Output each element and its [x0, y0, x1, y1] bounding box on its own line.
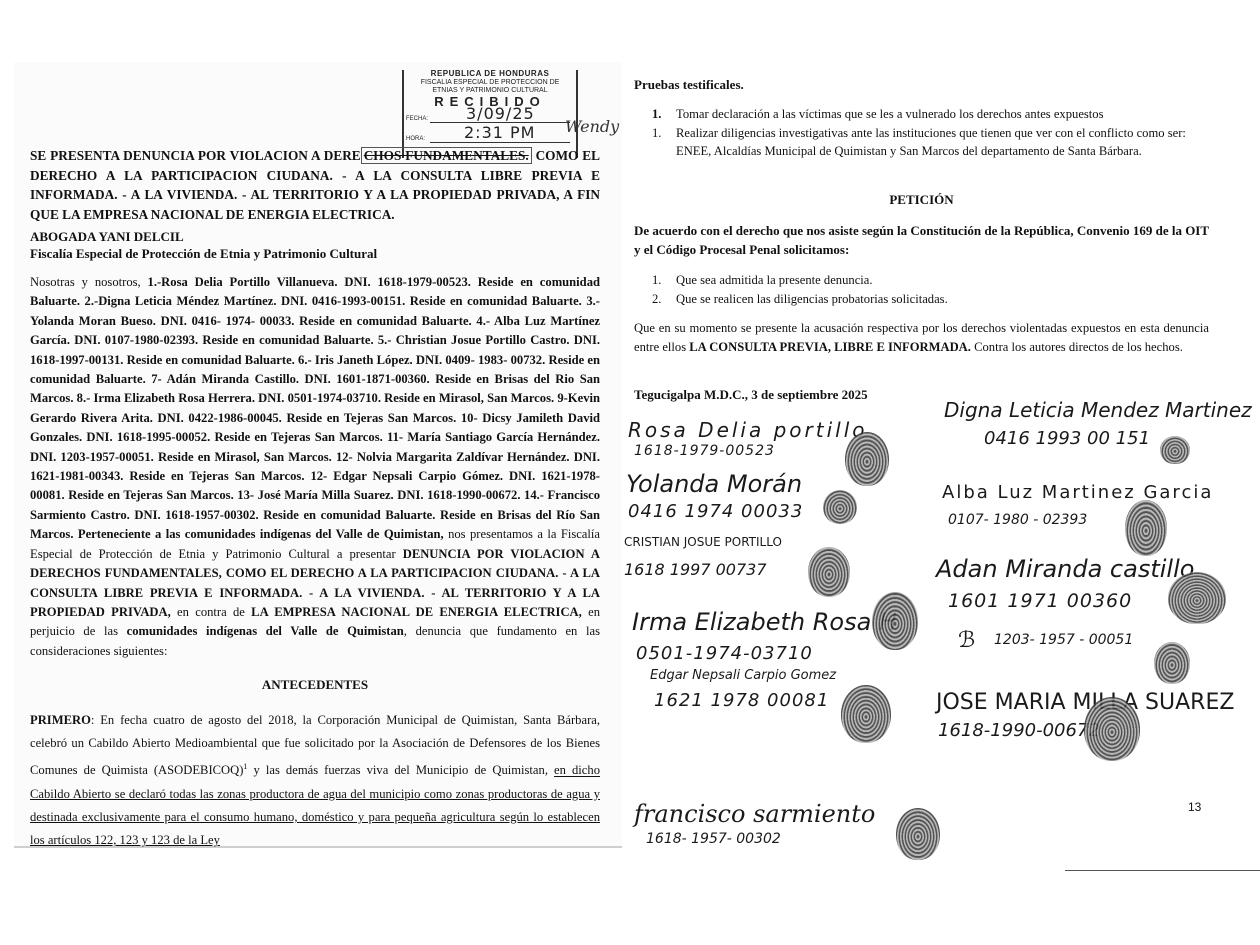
fingerprint-icon: [1160, 436, 1190, 464]
signature-id: 1203- 1957 - 00051: [994, 632, 1133, 648]
signature-name: Irma Elizabeth Rosa H: [632, 608, 897, 636]
item-text: Realizar diligencias investigativas ante…: [676, 126, 1186, 159]
pruebas-item: 1. Tomar declaración a las víctimas que …: [652, 105, 1207, 124]
respondent-inline: LA EMPRESA NACIONAL DE ENERGIA ELECTRICA…: [251, 605, 582, 619]
stamp-fecha-label: FECHA:: [406, 116, 428, 122]
addressee-name: ABOGADA YANI DELCIL: [30, 228, 377, 245]
signature-name: Edgar Nepsali Carpio Gomez: [650, 668, 836, 683]
signature-name: CRISTIAN JOSUE PORTILLO: [624, 535, 782, 549]
peticion-intro: De acuerdo con el derecho que nos asiste…: [634, 221, 1209, 259]
item-text: Que sea admitida la presente denuncia.: [676, 273, 873, 287]
stamp-line-2: FISCALIA ESPECIAL DE PROTECCION DE: [404, 79, 576, 86]
stamp-fecha-value: 3/09/25: [466, 104, 535, 123]
signature-id: 1618-1990-00672: [938, 720, 1100, 741]
signature-name: Rosa Delia portillo: [628, 418, 868, 442]
mid-text-2: en contra de: [171, 605, 251, 619]
fingerprint-icon: [896, 808, 940, 860]
closing-bold: LA CONSULTA PREVIA, LIBRE E INFORMADA.: [689, 340, 971, 354]
stamp-signature: Wendy: [565, 117, 619, 136]
signature-name: JOSE MARIA MILLA SUAREZ: [936, 690, 1234, 715]
pruebas-list: 1. Tomar declaración a las víctimas que …: [652, 105, 1207, 161]
item-number: 1.: [652, 271, 661, 290]
title-pre: SE PRESENTA DENUNCIA POR VIOLACION A DER…: [30, 148, 361, 163]
fingerprint-icon: [841, 685, 891, 743]
pruebas-item: 1. Realizar diligencias investigativas a…: [652, 124, 1207, 161]
signature-name: francisco sarmiento: [634, 800, 875, 828]
pruebas-heading: Pruebas testificales.: [634, 77, 744, 93]
item-text: Tomar declaración a las víctimas que se …: [676, 107, 1104, 121]
item-number: 1.: [652, 105, 661, 124]
fingerprint-icon: [1125, 500, 1167, 556]
reception-stamp: REPUBLICA DE HONDURAS FISCALIA ESPECIAL …: [402, 70, 578, 158]
closing-text-2: Contra los autores directos de los hecho…: [971, 340, 1183, 354]
stamp-hora-label: HORA:: [406, 136, 425, 142]
stamp-line-3: ETNIAS Y PATRIMONIO CULTURAL: [404, 87, 576, 94]
closing-paragraph: Que en su momento se presente la acusaci…: [634, 319, 1209, 357]
signature-name: Adan Miranda castillo: [936, 555, 1194, 583]
peticion-item: 2. Que se realicen las diligencias proba…: [652, 290, 1207, 309]
complainants-list: 1.-Rosa Delia Portillo Villanueva. DNI. …: [30, 275, 600, 541]
stamp-hora-value: 2:31 PM: [464, 123, 535, 142]
signature-mark: ℬ: [958, 628, 975, 653]
item-number: 2.: [652, 290, 661, 309]
peticion-heading: PETICIÓN: [634, 192, 1209, 208]
title-struck: CHOS FUNDAMENTALES.: [361, 147, 532, 164]
signature-id: 1618- 1957- 00302: [646, 831, 781, 847]
dateline: Tegucigalpa M.D.C., 3 de septiembre 2025: [634, 387, 868, 403]
signature-id: 0501-1974-03710: [636, 643, 813, 664]
primero-text-2: y las demás fuerzas viva del Municipio d…: [247, 764, 554, 778]
primero-label: PRIMERO: [30, 713, 91, 727]
fingerprint-icon: [1154, 642, 1190, 684]
item-text: Que se realicen las diligencias probator…: [676, 292, 948, 306]
footer-rule: [1065, 870, 1260, 871]
document-title: SE PRESENTA DENUNCIA POR VIOLACION A DER…: [30, 146, 600, 224]
fingerprint-icon: [845, 432, 889, 486]
signature-id: 0416 1993 00 151: [984, 428, 1150, 449]
complainants-paragraph: Nosotras y nosotros, 1.-Rosa Delia Porti…: [30, 273, 600, 661]
signature-id: 0107- 1980 - 02393: [948, 512, 1087, 528]
fingerprint-icon: [1084, 697, 1140, 761]
signature-id: 1621 1978 00081: [654, 690, 829, 711]
signature-id: 1601 1971 00360: [948, 590, 1132, 612]
page-number: 13: [1188, 800, 1201, 814]
signature-name: Yolanda Morán: [626, 470, 802, 498]
signature-name: Digna Leticia Mendez Martinez: [944, 398, 1252, 422]
affected-communities-inline: comunidades indígenas del Valle de Quimi…: [127, 624, 404, 638]
antecedentes-heading: ANTECEDENTES: [30, 677, 600, 693]
addressee-block: ABOGADA YANI DELCIL Fiscalía Especial de…: [30, 228, 377, 262]
fingerprint-icon: [823, 490, 857, 524]
fingerprint-icon: [872, 592, 918, 650]
signature-id: 1618-1979-00523: [634, 443, 775, 459]
signature-id: 0416 1974 00033: [628, 501, 803, 522]
peticion-list: 1. Que sea admitida la presente denuncia…: [652, 271, 1207, 308]
stamp-line-1: REPUBLICA DE HONDURAS: [404, 69, 576, 78]
peticion-item: 1. Que sea admitida la presente denuncia…: [652, 271, 1207, 290]
signature-id: 1618 1997 00737: [624, 560, 767, 579]
fingerprint-icon: [1168, 572, 1226, 624]
addressee-office: Fiscalía Especial de Protección de Etnia…: [30, 245, 377, 262]
primero-paragraph: PRIMERO: En fecha cuatro de agosto del 2…: [30, 709, 600, 852]
signature-name: Alba Luz Martinez Garcia: [942, 482, 1213, 503]
fingerprint-icon: [808, 547, 850, 597]
intro-text: Nosotras y nosotros,: [30, 275, 148, 289]
item-number: 1.: [652, 124, 661, 143]
